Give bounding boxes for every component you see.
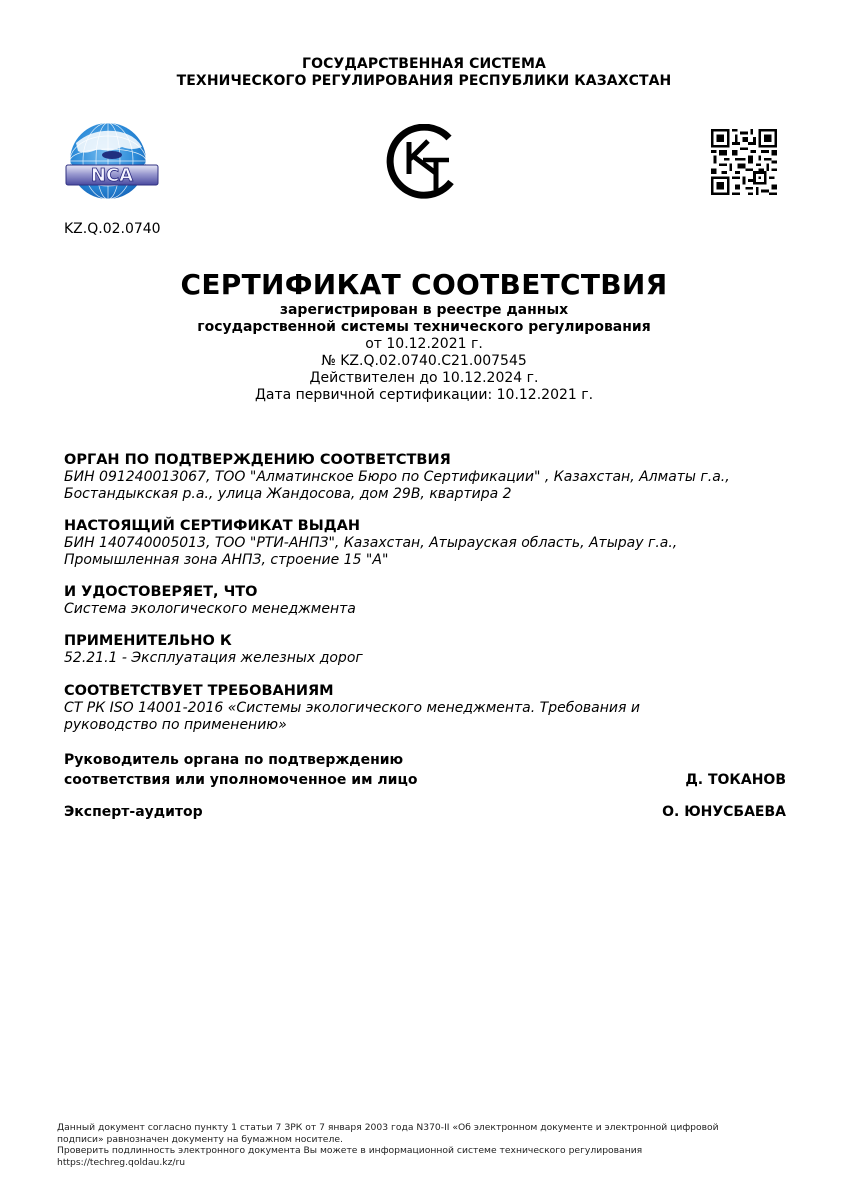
section-heading: ОРГАН ПО ПОДТВЕРЖДЕНИЮ СООТВЕТСТВИЯ [64, 452, 794, 469]
section-value-line: БИН 140740005013, ТОО "РТИ-АНПЗ", Казахс… [64, 535, 794, 552]
footer-line: Проверить подлинность электронного докум… [57, 1145, 777, 1157]
first-certification-date: Дата первичной сертификации: 10.12.2021 … [0, 387, 848, 404]
registered-line-1: зарегистрирован в реестре данных [0, 302, 848, 319]
valid-until: Действителен до 10.12.2024 г. [0, 370, 848, 387]
signatory-role: Руководитель органа по подтверждению соо… [64, 750, 504, 790]
registration-code: KZ.Q.02.0740 [64, 221, 161, 238]
section-issued-to: НАСТОЯЩИЙ СЕРТИФИКАТ ВЫДАН БИН 140740005… [64, 518, 794, 569]
registration-date: от 10.12.2021 г. [0, 336, 848, 353]
registered-line-2: государственной системы технического рег… [0, 319, 848, 336]
section-value-line: Система экологического менеджмента [64, 601, 794, 618]
section-certifies-that: И УДОСТОВЕРЯЕТ, ЧТО Система экологическо… [64, 584, 794, 618]
section-value-line: 52.21.1 - Эксплуатация железных дорог [64, 650, 794, 667]
signatory-name: Д. ТОКАНОВ [685, 770, 786, 790]
signature-expert-auditor: Эксперт-аудитор О. ЮНУСБАЕВА [64, 802, 786, 822]
certificate-title: СЕРТИФИКАТ СООТВЕТСТВИЯ [0, 268, 848, 302]
section-heading: И УДОСТОВЕРЯЕТ, ЧТО [64, 584, 794, 601]
qr-code-icon[interactable] [711, 129, 777, 195]
signature-head-of-body: Руководитель органа по подтверждению соо… [64, 750, 786, 790]
section-value-line: СТ РК ISO 14001-2016 «Системы экологичес… [64, 700, 794, 717]
section-certification-body: ОРГАН ПО ПОДТВЕРЖДЕНИЮ СООТВЕТСТВИЯ БИН … [64, 452, 794, 503]
section-applicable-to: ПРИМЕНИТЕЛЬНО К 52.21.1 - Эксплуатация ж… [64, 633, 794, 667]
legal-footer: Данный документ согласно пункту 1 статьи… [57, 1122, 777, 1168]
signatory-name: О. ЮНУСБАЕВА [662, 802, 786, 822]
footer-line: подписи» равнозначен документу на бумажн… [57, 1134, 777, 1146]
header-line-1: ГОСУДАРСТВЕННАЯ СИСТЕМА [0, 56, 848, 73]
section-value-line: Промышленная зона АНПЗ, строение 15 "А" [64, 552, 794, 569]
section-heading: ПРИМЕНИТЕЛЬНО К [64, 633, 794, 650]
section-heading: НАСТОЯЩИЙ СЕРТИФИКАТ ВЫДАН [64, 518, 794, 535]
issuing-authority-header: ГОСУДАРСТВЕННАЯ СИСТЕМА ТЕХНИЧЕСКОГО РЕГ… [0, 56, 848, 90]
kt-conformity-mark-icon [385, 124, 465, 204]
section-complies-with: СООТВЕТСТВУЕТ ТРЕБОВАНИЯМ СТ РК ISO 1400… [64, 683, 794, 734]
section-heading: СООТВЕТСТВУЕТ ТРЕБОВАНИЯМ [64, 683, 794, 700]
section-value-line: руководство по применению» [64, 717, 794, 734]
certificate-registration-info: зарегистрирован в реестре данных государ… [0, 302, 848, 404]
signatory-role: Эксперт-аудитор [64, 802, 504, 822]
header-line-2: ТЕХНИЧЕСКОГО РЕГУЛИРОВАНИЯ РЕСПУБЛИКИ КА… [0, 73, 848, 90]
svg-text:NCA: NCA [91, 165, 133, 186]
certificate-number: № KZ.Q.02.0740.C21.007545 [0, 353, 848, 370]
verification-link[interactable]: https://techreg.qoldau.kz/ru [57, 1157, 777, 1169]
footer-line: Данный документ согласно пункту 1 статьи… [57, 1122, 777, 1134]
section-value-line: БИН 091240013067, ТОО "Алматинское Бюро … [64, 469, 794, 486]
nca-globe-logo-icon: NCA [62, 121, 162, 201]
section-value-line: Бостандыкская р.а., улица Жандосова, дом… [64, 486, 794, 503]
